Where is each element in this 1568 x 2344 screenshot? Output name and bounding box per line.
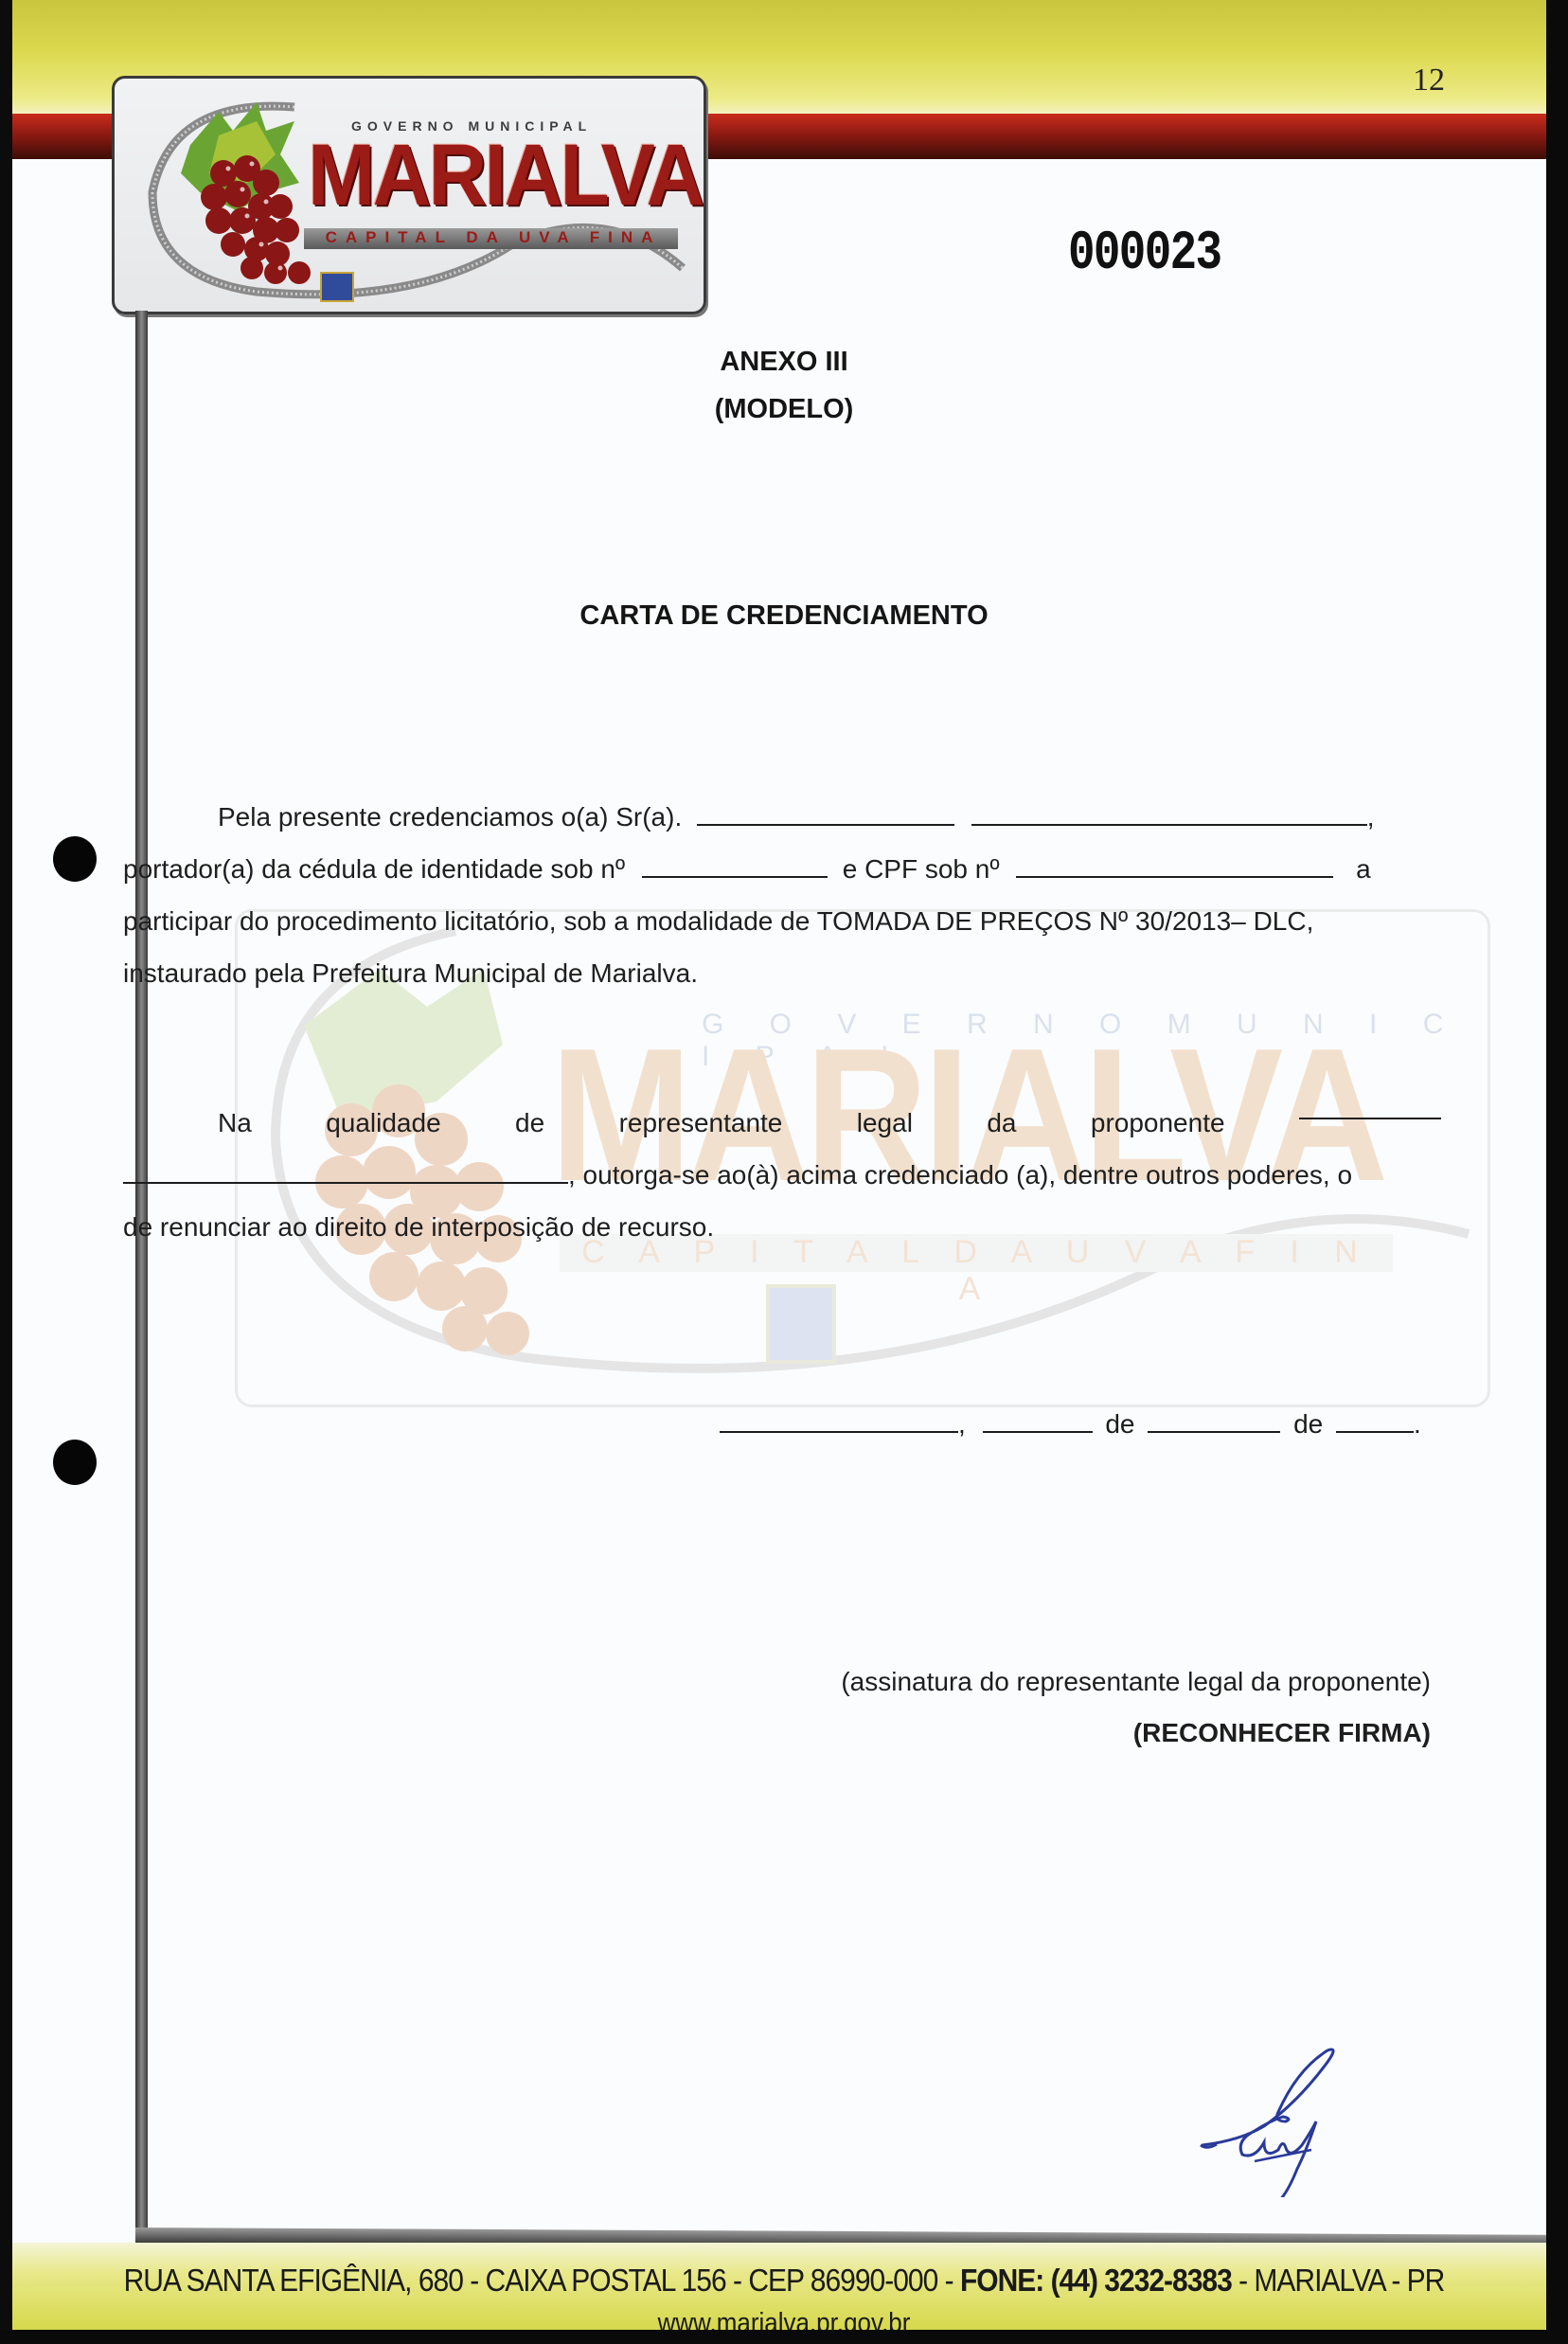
- paragraph1-line2-c: a: [1356, 854, 1371, 884]
- punctuation: ,: [958, 1409, 966, 1439]
- paragraph1-line4: instaurado pela Prefeitura Municipal de …: [123, 947, 1441, 999]
- punctuation: .: [1414, 1409, 1421, 1439]
- p2-word: de: [515, 1097, 544, 1149]
- month-field[interactable]: [1148, 1410, 1280, 1433]
- binder-hole: [53, 836, 97, 882]
- city-field[interactable]: [720, 1410, 958, 1433]
- footer-street: RUA SANTA EFIGÊNIA, 680 - CAIXA POSTAL 1…: [124, 2263, 960, 2298]
- footer-city: - MARIALVA - PR: [1232, 2263, 1445, 2298]
- logo-tagline: CAPITAL DA UVA FINA: [309, 228, 678, 247]
- identity-number-field[interactable]: [642, 855, 828, 878]
- handwritten-signature-icon: [1184, 2027, 1373, 2197]
- paragraph2-line3: de renunciar ao direito de interposição …: [123, 1201, 1441, 1253]
- municipality-logo: GOVERNO MUNICIPAL MARIALVA CAPITAL DA UV…: [112, 76, 706, 314]
- page-number: 12: [1413, 63, 1445, 98]
- paragraph1-line1: Pela presente credenciamos o(a) Sr(a).: [218, 802, 682, 832]
- signature-note: (RECONHECER FIRMA): [1133, 1718, 1431, 1748]
- credential-paragraph: Pela presente credenciamos o(a) Sr(a). ,…: [123, 791, 1441, 999]
- p2-word: qualidade: [326, 1097, 440, 1149]
- footer-address: RUA SANTA EFIGÊNIA, 680 - CAIXA POSTAL 1…: [0, 2263, 1568, 2299]
- representative-surname-field[interactable]: [971, 803, 1367, 826]
- proponent-name-field-start[interactable]: [1299, 1097, 1441, 1119]
- paragraph1-line3: participar do procedimento licitatório, …: [123, 895, 1441, 947]
- footer-phone: FONE: (44) 3232-8383: [960, 2263, 1232, 2298]
- coat-of-arms-icon: [321, 273, 353, 301]
- punctuation: ,: [1367, 802, 1375, 832]
- logo-name: MARIALVA: [308, 126, 703, 225]
- binder-hole: [53, 1440, 97, 1485]
- p2-word: proponente: [1091, 1097, 1225, 1149]
- date-de-label: de: [1105, 1409, 1134, 1439]
- proponent-name-field-end[interactable]: [123, 1161, 568, 1184]
- date-line: , de de .: [720, 1409, 1421, 1440]
- paragraph1-line2-b: e CPF sob nº: [843, 854, 1000, 884]
- representative-name-field[interactable]: [697, 803, 954, 826]
- p2-word: legal: [857, 1097, 913, 1149]
- p2-word: da: [987, 1097, 1016, 1149]
- year-field[interactable]: [1336, 1410, 1414, 1433]
- scan-edge-bottom: [0, 2330, 1568, 2344]
- powers-paragraph: Na qualidade de representante legal da p…: [123, 1097, 1441, 1253]
- model-label: (MODELO): [0, 394, 1568, 425]
- document-title: CARTA DE CREDENCIAMENTO: [0, 600, 1568, 632]
- cpf-number-field[interactable]: [1016, 855, 1333, 878]
- date-de-label: de: [1293, 1409, 1323, 1439]
- page-stamp-number: 000023: [1068, 224, 1221, 285]
- annex-label: ANEXO III: [0, 347, 1568, 378]
- p2-word: Na: [218, 1097, 252, 1149]
- signature-caption: (assinatura do representante legal da pr…: [841, 1667, 1431, 1697]
- paragraph2-line2: , outorga-se ao(à) acima credenciado (a)…: [568, 1160, 1352, 1190]
- paragraph1-line2-a: portador(a) da cédula de identidade sob …: [123, 854, 625, 884]
- p2-word: representante: [619, 1097, 783, 1149]
- day-field[interactable]: [983, 1410, 1093, 1433]
